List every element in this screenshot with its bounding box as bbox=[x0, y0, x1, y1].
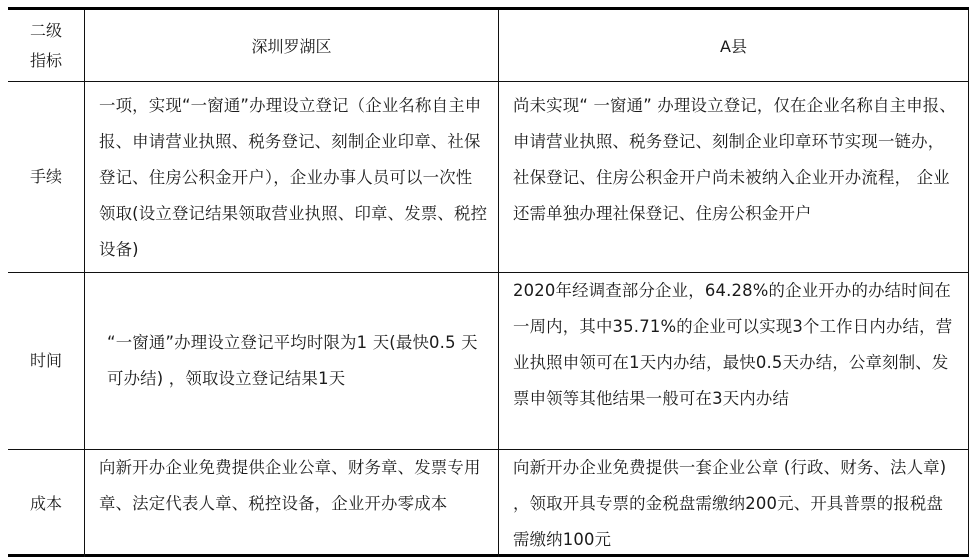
indicator-cell: 手续 bbox=[8, 82, 84, 272]
indicator-cell: 时间 bbox=[8, 273, 84, 449]
luohu-cell: 向新开办企业免费提供企业公章、财务章、发票专用章、法定代表人章、税控设备，企业开… bbox=[84, 450, 498, 557]
table-row-cost: 成本 向新开办企业免费提供企业公章、财务章、发票专用章、法定代表人章、税控设备，… bbox=[8, 450, 969, 557]
table-header-row: 二级 指标 深圳罗湖区 A县 bbox=[8, 10, 969, 82]
table-row-procedures: 手续 一项，实现“一窗通”办理设立登记（企业名称自主申报、申请营业执照、税务登记… bbox=[8, 82, 969, 273]
header-indicator-line2: 指标 bbox=[30, 46, 62, 76]
a-county-cell: 向新开办企业免费提供一套企业公章 (行政、财务、法人章) ，领取开具专票的金税盘… bbox=[498, 450, 969, 557]
header-indicator-line1: 二级 bbox=[30, 16, 62, 46]
header-luohu: 深圳罗湖区 bbox=[84, 10, 498, 81]
header-a-county: A县 bbox=[498, 10, 969, 81]
comparison-table: 二级 指标 深圳罗湖区 A县 手续 一项，实现“一窗通”办理设立登记（企业名称自… bbox=[8, 7, 969, 557]
a-county-cell: 尚未实现“ 一窗通” 办理设立登记，仅在企业名称自主申报、申请营业执照、税务登记… bbox=[498, 82, 969, 272]
luohu-cell-text: “一窗通”办理设立登记平均时限为1 天(最快0.5 天可办结) ，领取设立登记结… bbox=[99, 273, 488, 449]
luohu-cell: “一窗通”办理设立登记平均时限为1 天(最快0.5 天可办结) ，领取设立登记结… bbox=[84, 273, 498, 449]
header-indicator: 二级 指标 bbox=[8, 10, 84, 81]
indicator-cell: 成本 bbox=[8, 450, 84, 557]
a-county-cell: 2020年经调查部分企业，64.28%的企业开办的办结时间在一周内，其中35.7… bbox=[498, 273, 969, 449]
table-row-time: 时间 “一窗通”办理设立登记平均时限为1 天(最快0.5 天可办结) ，领取设立… bbox=[8, 273, 969, 450]
luohu-cell: 一项，实现“一窗通”办理设立登记（企业名称自主申报、申请营业执照、税务登记、刻制… bbox=[84, 82, 498, 272]
